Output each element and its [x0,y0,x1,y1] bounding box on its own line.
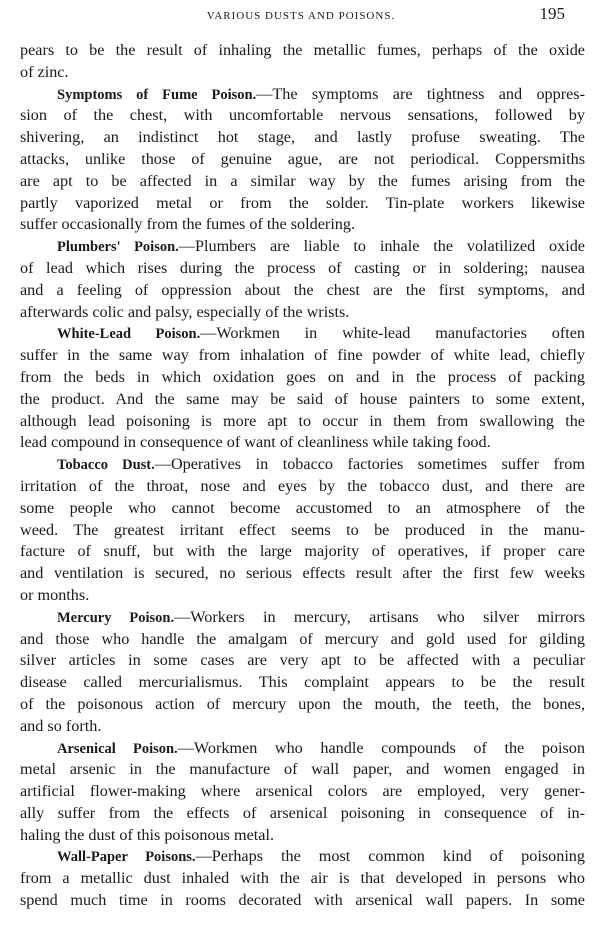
line-text: and ventilation is secured, no serious e… [20,564,585,582]
text-line: suffer in the same way from inhalation o… [20,345,585,367]
text-line: spend much time in rooms decorated with … [20,890,585,912]
line-text: spend much time in rooms decorated with … [20,891,585,909]
line-text: disease called mercurialismus. This comp… [20,673,585,691]
line-text: suffer in the same way from inhalation o… [20,346,585,364]
line-text: lead compound in consequence of want of … [20,433,491,451]
line-text: —The symptoms are tightness and oppres- [256,85,585,103]
text-line: and so forth. [20,716,585,738]
line-text: afterwards colic and palsy, especially o… [20,303,349,321]
line-text: —Perhaps the most common kind of poisoni… [196,847,585,865]
section-heading: Plumbers' Poison. [57,239,179,255]
section-heading: White-Lead Poison. [57,326,200,342]
text-line: of lead which rises during the process o… [20,258,585,280]
text-line: haling the dust of this poisonous metal. [20,825,585,847]
section-heading: Arsenical Poison. [57,741,178,757]
line-text: haling the dust of this poisonous metal. [20,826,274,844]
page-number: 195 [540,4,566,24]
section-heading-line: Plumbers' Poison.—Plumbers are liable to… [20,236,585,258]
section-heading-line: Tobacco Dust.—Operatives in tobacco fact… [20,454,585,476]
section-heading: Symptoms of Fume Poison. [57,87,256,103]
line-text: partly vaporized metal or from the solde… [20,194,585,212]
text-line: disease called mercurialismus. This comp… [20,672,585,694]
line-text: silver articles in some cases are very a… [20,651,585,669]
line-text: weed. The greatest irritant effect seems… [20,521,585,539]
line-text: facture of snuff, but with the large maj… [20,542,585,560]
page-header: VARIOUS DUSTS AND POISONS. 195 [0,0,602,40]
line-text: suffer occasionally from the fumes of th… [20,215,355,233]
line-text: pears to be the result of inhaling the m… [20,41,585,59]
text-line: from a metallic dust inhaled with the ai… [20,868,585,890]
section-heading: Wall-Paper Poisons. [57,849,196,865]
line-text: the product. And the same may be said of… [20,390,585,408]
line-text: ally suffer from the effects of arsenica… [20,804,585,822]
line-text: although lead poisoning is more apt to o… [20,412,585,430]
text-line: ally suffer from the effects of arsenica… [20,803,585,825]
text-line: are apt to be affected in a similar way … [20,171,585,193]
section-heading-line: Symptoms of Fume Poison.—The symptoms ar… [20,84,585,106]
line-text: attacks, unlike those of genuine ague, a… [20,150,585,168]
line-text: irritation of the throat, nose and eyes … [20,477,585,495]
text-line: and a feeling of oppression about the ch… [20,280,585,302]
line-text: metal arsenic in the manufacture of wall… [20,760,585,778]
line-text: —Workers in mercury, artisans who silver… [174,608,585,626]
text-line: and those who handle the amalgam of merc… [20,629,585,651]
line-text: or months. [20,586,89,604]
line-text: —Operatives in tobacco factories sometim… [155,455,585,473]
text-line: metal arsenic in the manufacture of wall… [20,759,585,781]
text-line: or months. [20,585,585,607]
text-line: and ventilation is secured, no serious e… [20,563,585,585]
line-text: and a feeling of oppression about the ch… [20,281,585,299]
body-text: pears to be the result of inhaling the m… [20,40,585,912]
line-text: from the beds in which oxidation goes on… [20,368,585,386]
text-line: facture of snuff, but with the large maj… [20,541,585,563]
text-line: partly vaporized metal or from the solde… [20,193,585,215]
text-line: lead compound in consequence of want of … [20,432,585,454]
section-heading-line: Arsenical Poison.—Workmen who handle com… [20,738,585,760]
line-text: from a metallic dust inhaled with the ai… [20,869,585,887]
line-text: are apt to be affected in a similar way … [20,172,585,190]
line-text: artificial flower-making where arsenical… [20,782,585,800]
line-text: of zinc. [20,63,69,81]
section-heading: Mercury Poison. [57,610,174,626]
text-line: of zinc. [20,62,585,84]
line-text: of lead which rises during the process o… [20,259,585,277]
running-title: VARIOUS DUSTS AND POISONS. [0,10,602,22]
text-line: the product. And the same may be said of… [20,389,585,411]
line-text: some people who cannot become accustomed… [20,499,585,517]
section-heading-line: Mercury Poison.—Workers in mercury, arti… [20,607,585,629]
text-line: shivering, an indistinct hot stage, and … [20,127,585,149]
line-text: sion of the chest, with uncomfortable ne… [20,106,585,124]
text-line: afterwards colic and palsy, especially o… [20,302,585,324]
line-text: shivering, an indistinct hot stage, and … [20,128,585,146]
line-text: —Workmen who handle compounds of the poi… [178,739,585,757]
text-line: pears to be the result of inhaling the m… [20,40,585,62]
line-text: —Workmen in white-lead manufactories oft… [200,324,585,342]
line-text: and so forth. [20,717,101,735]
text-line: artificial flower-making where arsenical… [20,781,585,803]
text-line: suffer occasionally from the fumes of th… [20,214,585,236]
line-text: and those who handle the amalgam of merc… [20,630,585,648]
line-text: —Plumbers are liable to inhale the volat… [179,237,585,255]
text-line: attacks, unlike those of genuine ague, a… [20,149,585,171]
text-line: of the poisonous action of mercury upon … [20,694,585,716]
section-heading: Tobacco Dust. [57,457,155,473]
line-text: of the poisonous action of mercury upon … [20,695,585,713]
section-heading-line: Wall-Paper Poisons.—Perhaps the most com… [20,846,585,868]
section-heading-line: White-Lead Poison.—Workmen in white-lead… [20,323,585,345]
text-line: weed. The greatest irritant effect seems… [20,520,585,542]
text-line: irritation of the throat, nose and eyes … [20,476,585,498]
text-line: sion of the chest, with uncomfortable ne… [20,105,585,127]
text-line: some people who cannot become accustomed… [20,498,585,520]
text-line: although lead poisoning is more apt to o… [20,411,585,433]
text-line: from the beds in which oxidation goes on… [20,367,585,389]
text-line: silver articles in some cases are very a… [20,650,585,672]
